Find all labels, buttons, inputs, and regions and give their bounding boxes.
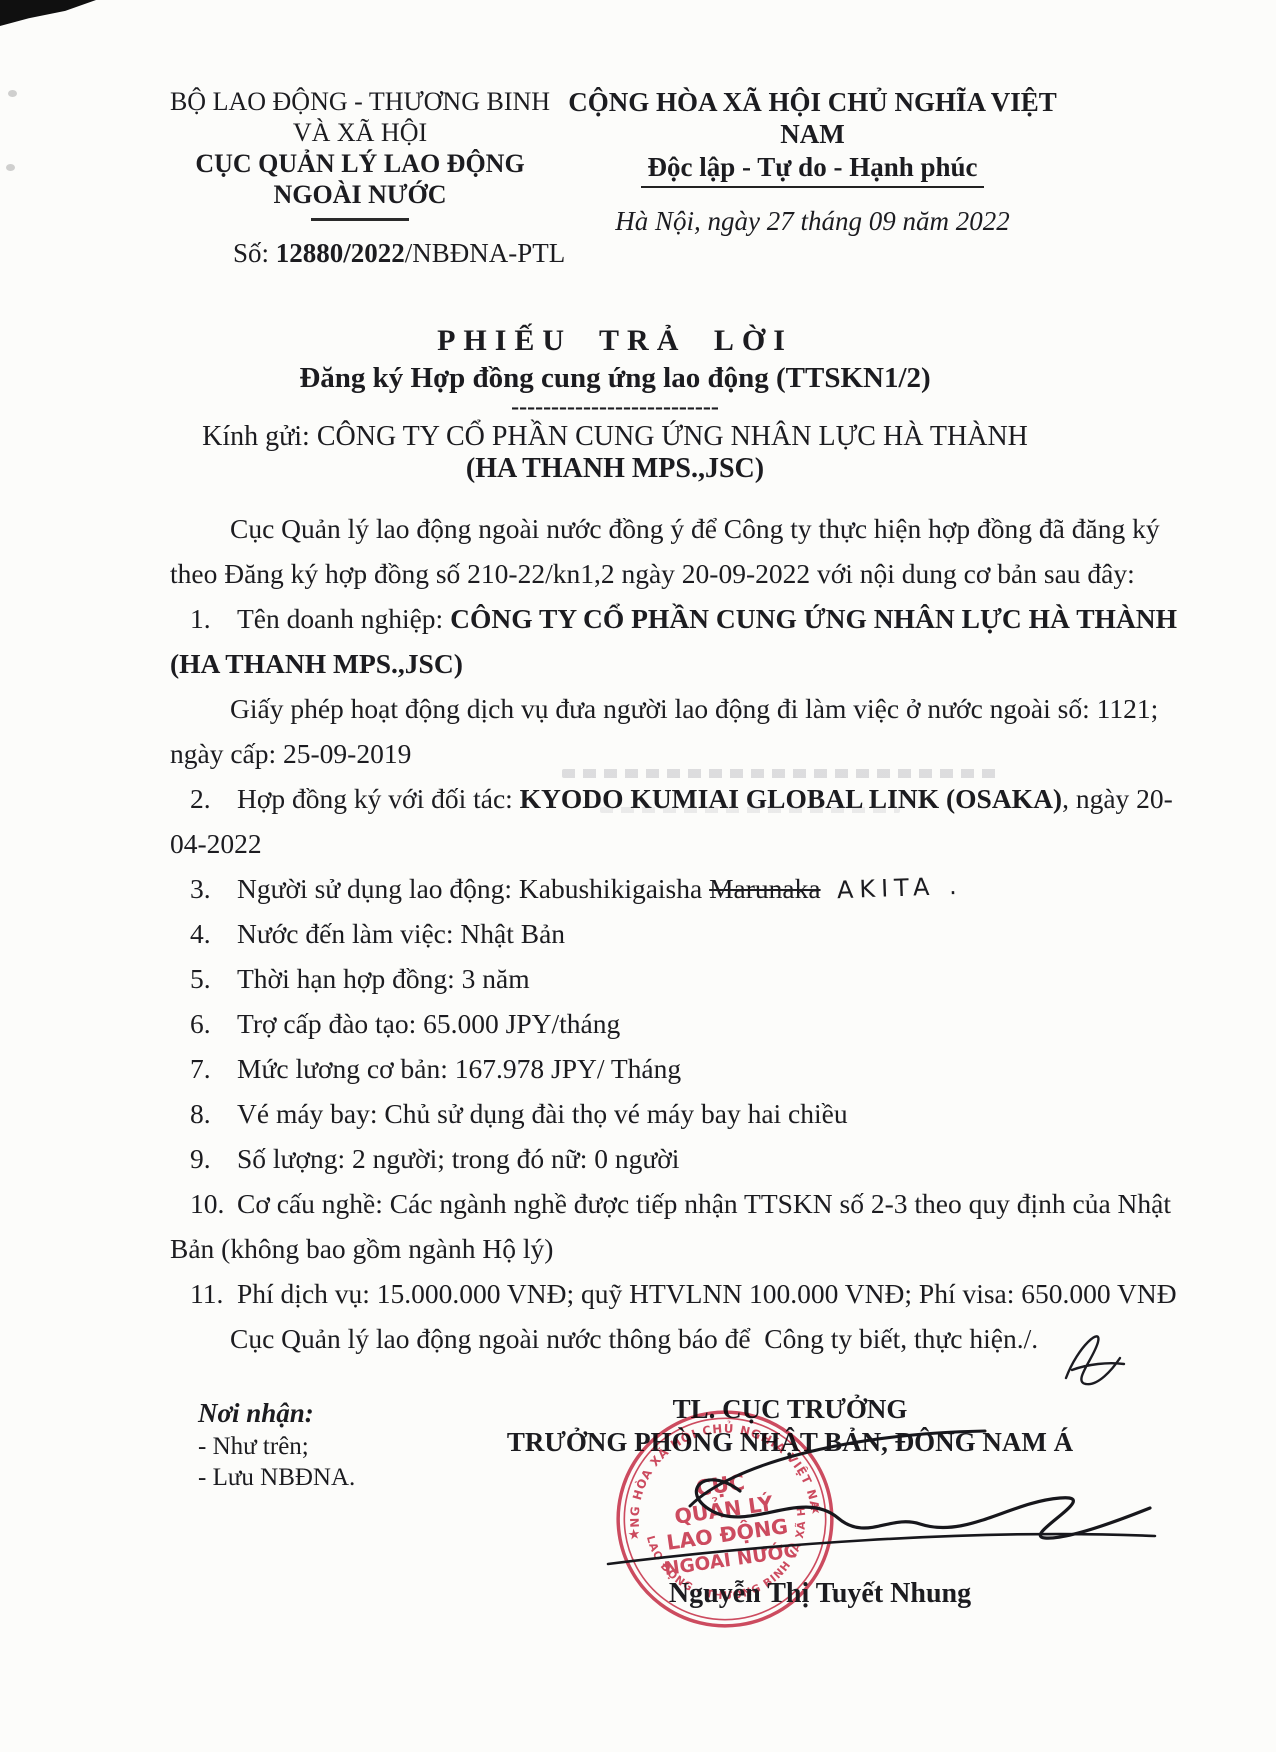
text-segment: AKITA . — [836, 864, 963, 913]
body-line: 6.Trợ cấp đào tạo: 65.000 JPY/tháng — [170, 1001, 1120, 1046]
text-segment: 9. — [190, 1136, 237, 1181]
recipient-company-short: (HA THANH MPS.,JSC) — [0, 453, 1230, 485]
text-segment: 8. — [190, 1091, 237, 1136]
document-body: Cục Quản lý lao động ngoài nước đồng ý đ… — [170, 506, 1120, 1361]
body-line: 1.Tên doanh nghiệp: CÔNG TY CỔ PHẦN CUNG… — [170, 596, 1120, 641]
text-segment: Tên doanh nghiệp: — [237, 603, 450, 634]
body-line: 11.Phí dịch vụ: 15.000.000 VNĐ; quỹ HTVL… — [170, 1271, 1120, 1316]
recipients-list-item: - Như trên; — [198, 1433, 309, 1461]
document-title: PHIẾU TRẢ LỜI — [0, 324, 1230, 358]
recipient-label: Kính gửi: — [202, 421, 317, 452]
body-line: (HA THANH MPS.,JSC) — [170, 641, 1120, 686]
scan-speck — [8, 90, 17, 97]
body-line: Giấy phép hoạt động dịch vụ đưa người la… — [170, 686, 1120, 731]
title-block: PHIẾU TRẢ LỜI Đăng ký Hợp đồng cung ứng … — [0, 324, 1230, 485]
department-name-line1: CỤC QUẢN LÝ LAO ĐỘNG — [160, 148, 560, 179]
text-segment: 3. — [190, 866, 237, 911]
text-segment: Người sử dụng lao động: Kabushikigaisha — [237, 873, 709, 904]
body-line: 2.Hợp đồng ký với đối tác: KYODO KUMIAI … — [170, 776, 1120, 821]
text-segment: Marunaka — [709, 873, 820, 904]
signer-name: Nguyễn Thị Tuyết Nhung — [570, 1578, 1070, 1610]
body-line: 8.Vé máy bay: Chủ sử dụng đài thọ vé máy… — [170, 1091, 1120, 1136]
document-number-suffix: /NBĐNA-PTL — [405, 238, 566, 268]
text-segment: Trợ cấp đào tạo: 65.000 JPY/tháng — [237, 1008, 620, 1039]
text-segment: Vé máy bay: Chủ sử dụng đài thọ vé máy b… — [237, 1098, 848, 1129]
whiteout-remnant — [562, 769, 1000, 778]
text-segment: 11. — [190, 1271, 237, 1316]
body-line: 5.Thời hạn hợp đồng: 3 năm — [170, 956, 1120, 1001]
body-line: Bản (không bao gồm ngành Hộ lý) — [170, 1226, 1120, 1271]
text-segment: ngày cấp: 25-09-2019 — [170, 738, 411, 769]
title-separator: -------------------------- — [0, 397, 1230, 417]
body-line: 7.Mức lương cơ bản: 167.978 JPY/ Tháng — [170, 1046, 1120, 1091]
text-segment: Cơ cấu nghề: Các ngành nghề được tiếp nh… — [237, 1188, 1171, 1219]
text-segment: Số lượng: 2 người; trong đó nữ: 0 người — [237, 1143, 679, 1174]
whiteout-remnant — [600, 807, 900, 813]
body-line: Cục Quản lý lao động ngoài nước đồng ý đ… — [170, 506, 1120, 551]
text-segment: 1. — [190, 596, 237, 641]
document-number-value: 12880/2022 — [276, 238, 405, 268]
text-segment: 7. — [190, 1046, 237, 1091]
national-motto-line2: Độc lập - Tự do - Hạnh phúc — [641, 152, 983, 188]
text-segment: , ngày 20- — [1062, 783, 1173, 814]
recipients-list-item: - Lưu NBĐNA. — [198, 1464, 355, 1492]
handwritten-signature — [590, 1396, 1170, 1596]
scan-corner-artifact — [0, 0, 96, 26]
text-segment: Nước đến làm việc: Nhật Bản — [237, 918, 565, 949]
scan-speck — [6, 164, 15, 171]
text-segment: theo Đăng ký hợp đồng số 210-22/kn1,2 ng… — [170, 558, 1135, 589]
body-line: 9.Số lượng: 2 người; trong đó nữ: 0 ngườ… — [170, 1136, 1120, 1181]
text-segment: 2. — [190, 776, 237, 821]
text-segment: Cục Quản lý lao động ngoài nước thông bá… — [230, 1323, 1038, 1354]
recipients-list-title: Nơi nhận: — [198, 1398, 314, 1429]
document-number: Số: 12880/2022/NBĐNA-PTL — [233, 238, 565, 269]
text-segment: Bản (không bao gồm ngành Hộ lý) — [170, 1233, 553, 1264]
ministry-name-line1: BỘ LAO ĐỘNG - THƯƠNG BINH — [160, 86, 560, 117]
document-number-label: Số: — [233, 238, 276, 268]
body-line: 10.Cơ cấu nghề: Các ngành nghề được tiếp… — [170, 1181, 1120, 1226]
body-line: theo Đăng ký hợp đồng số 210-22/kn1,2 ng… — [170, 551, 1120, 596]
text-segment: Phí dịch vụ: 15.000.000 VNĐ; quỹ HTVLNN … — [237, 1278, 1177, 1309]
national-motto-line1: CỘNG HÒA XÃ HỘI CHỦ NGHĨA VIỆT NAM — [565, 86, 1060, 150]
text-segment: 4. — [190, 911, 237, 956]
department-name-line2: NGOÀI NƯỚC — [160, 179, 560, 210]
text-segment: CÔNG TY CỔ PHẦN CUNG ỨNG NHÂN LỰC HÀ THÀ… — [450, 603, 1177, 634]
issuing-agency-block: BỘ LAO ĐỘNG - THƯƠNG BINH VÀ XÃ HỘI CỤC … — [160, 86, 560, 221]
text-segment: Mức lương cơ bản: 167.978 JPY/ Tháng — [237, 1053, 681, 1084]
recipient-line: Kính gửi: CÔNG TY CỔ PHẦN CUNG ỨNG NHÂN … — [0, 421, 1230, 453]
recipient-company: CÔNG TY CỔ PHẦN CUNG ỨNG NHÂN LỰC HÀ THÀ… — [317, 421, 1028, 452]
pen-flourish — [1058, 1318, 1130, 1396]
place-and-date: Hà Nội, ngày 27 tháng 09 năm 2022 — [565, 206, 1060, 237]
body-line: 3.Người sử dụng lao động: Kabushikigaish… — [170, 866, 1120, 911]
text-segment: Hợp đồng ký với đối tác: — [237, 783, 520, 814]
text-segment: 10. — [190, 1181, 237, 1226]
text-segment: Giấy phép hoạt động dịch vụ đưa người la… — [230, 693, 1158, 724]
document-page: BỘ LAO ĐỘNG - THƯƠNG BINH VÀ XÃ HỘI CỤC … — [0, 0, 1276, 1752]
document-subtitle: Đăng ký Hợp đồng cung ứng lao động (TTSK… — [0, 362, 1230, 395]
national-header-block: CỘNG HÒA XÃ HỘI CHỦ NGHĨA VIỆT NAM Độc l… — [565, 86, 1060, 237]
body-line: 4.Nước đến làm việc: Nhật Bản — [170, 911, 1120, 956]
ministry-name-line2: VÀ XÃ HỘI — [160, 117, 560, 148]
text-segment: Thời hạn hợp đồng: 3 năm — [237, 963, 530, 994]
text-segment: Cục Quản lý lao động ngoài nước đồng ý đ… — [230, 513, 1160, 544]
header-divider-rule — [311, 218, 409, 221]
body-line: 04-2022 — [170, 821, 1120, 866]
text-segment: 6. — [190, 1001, 237, 1046]
text-segment: 5. — [190, 956, 237, 1001]
body-line: Cục Quản lý lao động ngoài nước thông bá… — [170, 1316, 1120, 1361]
text-segment: (HA THANH MPS.,JSC) — [170, 648, 463, 679]
text-segment: 04-2022 — [170, 828, 262, 859]
